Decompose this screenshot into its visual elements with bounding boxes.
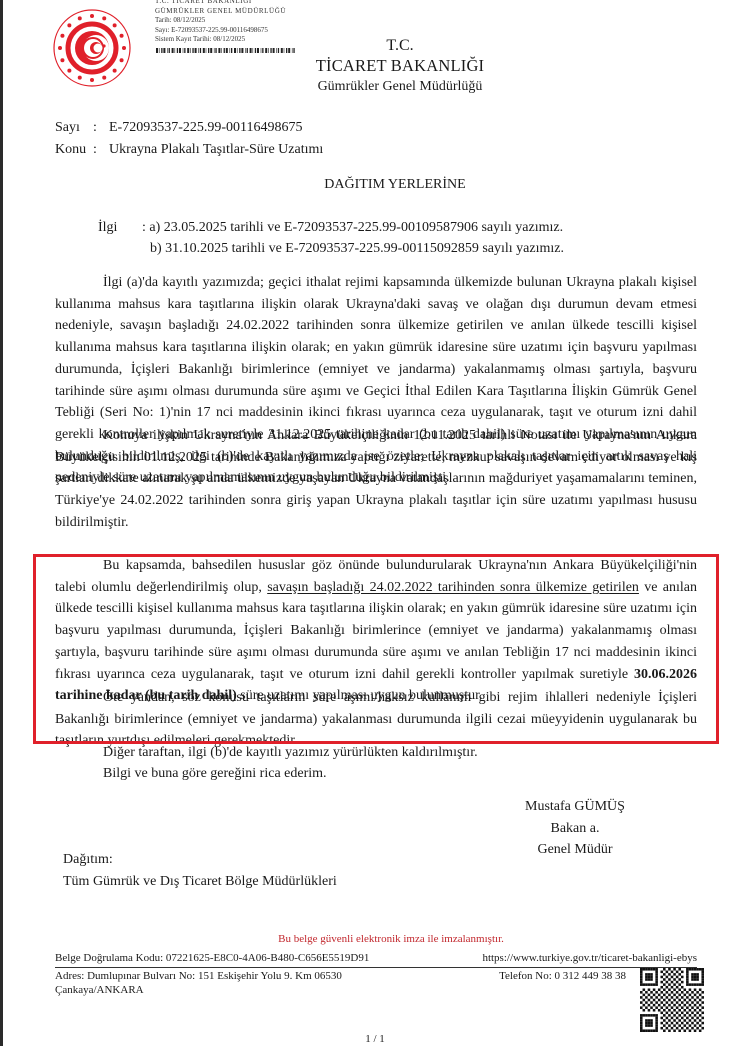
sayi-value: E-72093537-225.99-00116498675 [109,120,303,135]
signer-title1: Bakan a. [500,818,650,840]
paragraph-6: Bilgi ve buna göre gereğini rica ederim. [55,763,697,785]
page-number: 1 / 1 [0,1033,750,1045]
ilgi-b-text: b) 31.10.2025 tarihli ve E-72093537-225.… [150,241,564,257]
footer-address: Adres: Dumlupınar Bulvarı No: 151 Eskişe… [55,970,697,997]
paragraph-2: Konuya ilişkin Ukrayna'nın Ankara Büyüke… [55,425,697,534]
ilgi-label: İlgi [98,220,142,236]
qr-code-icon[interactable] [640,968,704,1032]
recipient-title: DAĞITIM YERLERİNE [0,177,750,193]
signature-block: Mustafa GÜMÜŞ Bakan a. Genel Müdür [500,796,650,861]
colon: : [93,142,109,158]
paragraph-5: Diğer taraftan, ilgi (b)'de kayıtlı yazı… [55,742,697,764]
meta-konu: Konu:Ukrayna Plakalı Taşıtlar-Süre Uzatı… [55,142,323,158]
signer-title2: Genel Müdür [500,839,650,861]
verification-url[interactable]: https://www.turkiye.gov.tr/ticaret-bakan… [482,952,697,964]
sayi-label: Sayı [55,120,93,136]
highlight-box [33,554,719,744]
ilgi-a-text: : a) 23.05.2025 tarihli ve E-72093537-22… [142,220,563,235]
distribution-label: Dağıtım: [63,849,337,871]
header-ministry: TİCARET BAKANLIĞI [0,56,750,76]
page-left-edge [0,0,3,1046]
footer-verification-row: Belge Doğrulama Kodu: 07221625-E8C0-4A06… [55,952,697,968]
signer-name: Mustafa GÜMÜŞ [500,796,650,818]
konu-value: Ukrayna Plakalı Taşıtlar-Süre Uzatımı [109,142,323,157]
distribution-value: Tüm Gümrük ve Dış Ticaret Bölge Müdürlük… [63,871,337,893]
paragraph-2-text: Konuya ilişkin Ukrayna'nın Ankara Büyüke… [55,425,697,534]
esign-notice: Bu belge güvenli elektronik imza ile imz… [0,933,750,945]
stamp-date: Tarih: 08/12/2025 [155,16,286,26]
header-directorate: Gümrükler Genel Müdürlüğü [0,79,750,95]
distribution-block: Dağıtım: Tüm Gümrük ve Dış Ticaret Bölge… [63,849,337,893]
stamp-line2: GÜMRÜKLER GENEL MÜDÜRLÜĞÜ [155,7,286,17]
verification-code: Belge Doğrulama Kodu: 07221625-E8C0-4A06… [55,952,369,964]
stamp-number: Sayı: E-72093537-225.99-00116498675 [155,26,286,36]
ilgi-a: İlgi: a) 23.05.2025 tarihli ve E-7209353… [98,220,563,236]
konu-label: Konu [55,142,93,158]
paragraph-6-text: Bilgi ve buna göre gereğini rica ederim. [55,763,697,785]
header-tc: T.C. [0,37,750,55]
meta-sayi: Sayı:E-72093537-225.99-00116498675 [55,120,303,136]
address-line2: Çankaya/ANKARA [55,984,697,998]
colon: : [93,120,109,136]
paragraph-5-text: Diğer taraftan, ilgi (b)'de kayıtlı yazı… [55,742,697,764]
